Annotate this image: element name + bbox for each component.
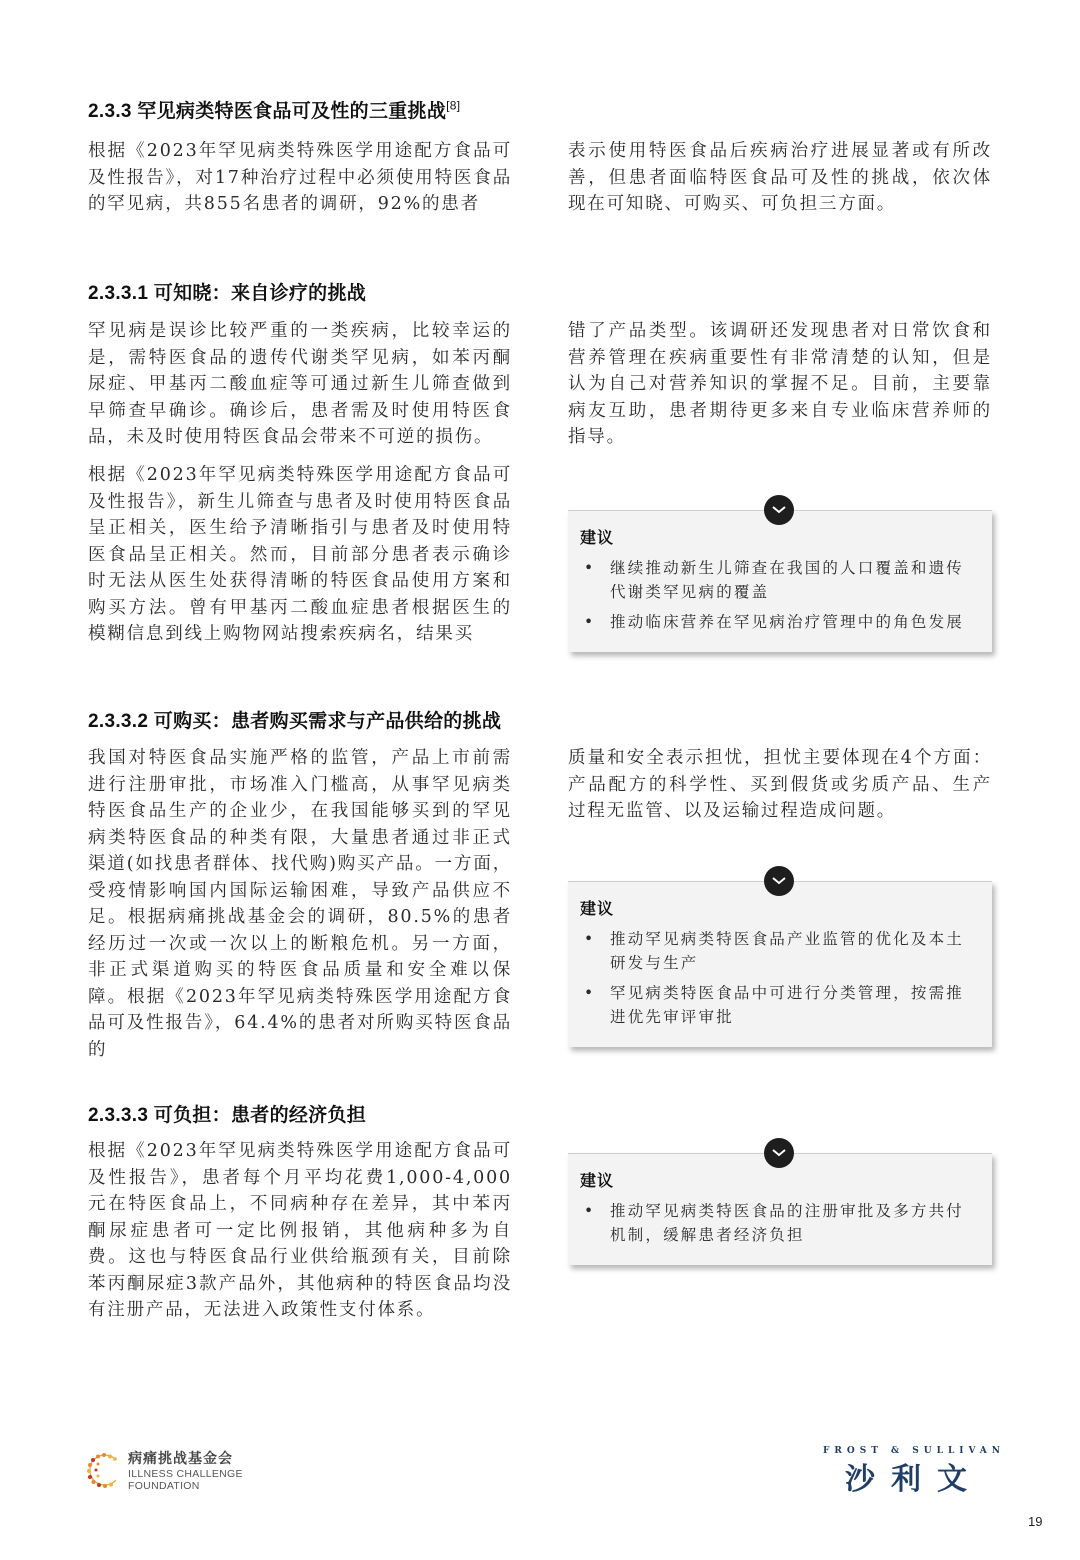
recommendation-text: 继续推动新生儿筛查在我国的人口覆盖和遗传代谢类罕见病的覆盖 (610, 559, 964, 601)
affordability-purchase-paragraph-left: 我国对特医食品实施严格的监管，产品上市前需进行注册审批，市场准入门槛高，从事罕见… (88, 745, 512, 1063)
bullet-icon: • (584, 610, 595, 634)
intro-paragraph-right: 表示使用特医食品后疾病治疗进展显著或有所改善，但患者面临特医食品可及性的挑战，依… (568, 138, 992, 218)
heading-text: 2.3.3 罕见病类特医食品可及性的三重挑战 (88, 101, 446, 122)
foundation-logo-icon (86, 1452, 122, 1488)
foundation-name-en-1: ILLNESS CHALLENGE (128, 1468, 243, 1480)
bullet-icon: • (584, 981, 595, 1005)
awareness-paragraph-1: 罕见病是误诊比较严重的一类疾病，比较幸运的是，需特医食品的遗传代谢类罕见病，如苯… (88, 318, 512, 451)
recommendation-box-cost: 建议 •推动罕见病类特医食品的注册审批及多方共付机制，缓解患者经济负担 (568, 1153, 992, 1265)
reference-marker: [8] (446, 99, 460, 113)
recommendation-item: •推动罕见病类特医食品产业监管的优化及本土研发与生产 (580, 927, 978, 975)
chevron-down-icon (764, 495, 794, 525)
recommendation-item: •罕见病类特医食品中可进行分类管理，按需推进优先审评审批 (580, 981, 978, 1029)
frost-sullivan-logo: FROST & SULLIVAN 沙利文 (823, 1446, 1005, 1498)
section-heading-2-3-3-3: 2.3.3.3 可负担：患者的经济负担 (88, 1100, 366, 1127)
recommendation-item: •推动罕见病类特医食品的注册审批及多方共付机制，缓解患者经济负担 (580, 1199, 978, 1247)
recommendation-title: 建议 (580, 1168, 978, 1191)
recommendation-text: 罕见病类特医食品中可进行分类管理，按需推进优先审评审批 (610, 984, 964, 1026)
chevron-down-icon (764, 866, 794, 896)
recommendation-box-awareness: 建议 •继续推动新生儿筛查在我国的人口覆盖和遗传代谢类罕见病的覆盖 •推动临床营… (568, 510, 992, 652)
section-heading-2-3-3-1: 2.3.3.1 可知晓：来自诊疗的挑战 (88, 278, 366, 305)
recommendation-item: •推动临床营养在罕见病治疗管理中的角色发展 (580, 610, 978, 634)
recommendation-text: 推动临床营养在罕见病治疗管理中的角色发展 (610, 613, 964, 631)
affordability-purchase-paragraph-right: 质量和安全表示担忧，担忧主要体现在4个方面：产品配方的科学性、买到假货或劣质产品… (568, 745, 992, 825)
foundation-name-en-2: FOUNDATION (128, 1480, 243, 1492)
chevron-down-icon (764, 1138, 794, 1168)
recommendation-text: 推动罕见病类特医食品产业监管的优化及本土研发与生产 (610, 930, 964, 972)
awareness-paragraph-2: 根据《2023年罕见病类特殊医学用途配方食品可及性报告》，新生儿筛查与患者及时使… (88, 462, 512, 648)
intro-paragraph-left: 根据《2023年罕见病类特殊医学用途配方食品可及性报告》，对17种治疗过程中必须… (88, 138, 512, 218)
bullet-icon: • (584, 556, 595, 580)
section-heading-2-3-3-2: 2.3.3.2 可购买：患者购买需求与产品供给的挑战 (88, 706, 501, 733)
recommendation-box-purchase: 建议 •推动罕见病类特医食品产业监管的优化及本土研发与生产 •罕见病类特医食品中… (568, 881, 992, 1047)
bullet-icon: • (584, 1199, 595, 1223)
recommendation-text: 推动罕见病类特医食品的注册审批及多方共付机制，缓解患者经济负担 (610, 1202, 964, 1244)
page-number: 19 (1028, 1514, 1042, 1529)
recommendation-item: •继续推动新生儿筛查在我国的人口覆盖和遗传代谢类罕见病的覆盖 (580, 556, 978, 604)
awareness-paragraph-right: 错了产品类型。该调研还发现患者对日常饮食和营养管理在疾病重要性有非常清楚的认知，… (568, 318, 992, 451)
bullet-icon: • (584, 927, 595, 951)
frost-sullivan-name-cn: 沙利文 (823, 1454, 1005, 1498)
foundation-name-cn: 病痛挑战基金会 (128, 1448, 243, 1468)
section-heading-2-3-3: 2.3.3 罕见病类特医食品可及性的三重挑战[8] (88, 96, 460, 123)
recommendation-title: 建议 (580, 896, 978, 919)
illness-challenge-foundation-logo: 病痛挑战基金会 ILLNESS CHALLENGE FOUNDATION (86, 1448, 243, 1492)
recommendation-title: 建议 (580, 525, 978, 548)
cost-paragraph: 根据《2023年罕见病类特殊医学用途配方食品可及性报告》，患者每个月平均花费1,… (88, 1138, 512, 1324)
